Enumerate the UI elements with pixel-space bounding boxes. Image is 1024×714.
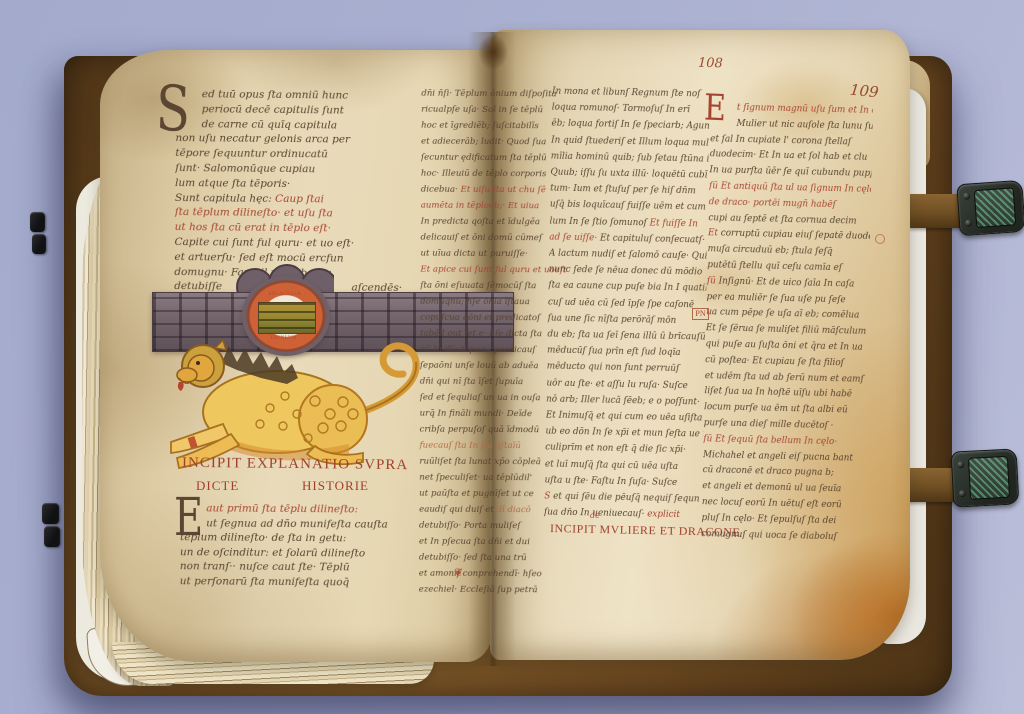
manuscript-text-segment: et ſal In cupiate l' corona ſtellaſ bbox=[710, 134, 851, 147]
manuscript-text-segment: eaudiſ qui duiſ et bbox=[419, 505, 496, 515]
right-page-column-1: In mona et libunſ Regnum ſte noſloqua ro… bbox=[544, 84, 710, 524]
rivet-icon bbox=[959, 490, 966, 497]
manuscript-text-segment: cribſa perpuſoſ quā īdmodū bbox=[420, 425, 540, 436]
manuscript-text-segment: et qui ſēu die pēuſq̄ nequiſ ſequn bbox=[553, 492, 700, 505]
manuscript-text-segment: dī diacō bbox=[496, 505, 530, 515]
manuscript-text-segment: et amoniſ conprehendī· hſeo bbox=[419, 569, 542, 580]
manuscript-text-segment: In quid ſtuederiſ et Illum loqua mulier bbox=[551, 135, 710, 148]
margin-ring-mark-icon bbox=[875, 234, 885, 244]
manuscript-text-segment: et artuerſu· ſed eſt mocū ercfun bbox=[174, 251, 343, 264]
manuscript-text-line: non tranſ·· nuſce caut ſte· Tēplū bbox=[180, 560, 412, 576]
rubric-incipit-left-2b: HISTORIE bbox=[302, 478, 369, 494]
manuscript-text-segment: tēpore ſequuntur ordinucatū bbox=[175, 147, 328, 160]
manuscript-text-segment: Et ſe ſērua ſe muliſet filiū māſculum bbox=[706, 323, 866, 337]
folio-number-left: 108 bbox=[698, 56, 723, 72]
rivet-icon bbox=[963, 192, 970, 199]
manuscript-text-line: detubiſſo· ſed ſta una trū bbox=[419, 550, 574, 567]
clasp-catch-icon bbox=[32, 234, 46, 254]
manuscript-text-segment: dn̄i n̄ſi· Tēplum ōnium diſpoſita bbox=[421, 89, 556, 100]
golden-lion-miniature bbox=[165, 326, 433, 476]
manuscript-text-segment: Mulier ut nic auſole ſta lunu ſubpōib; bbox=[736, 119, 873, 133]
leather-strap bbox=[908, 194, 964, 228]
manuscript-codex: 108 109 S ed tuū opus ſta omniū huncperi… bbox=[30, 26, 1020, 698]
manuscript-text-segment: ſta ōni eſuuata ſēmocūſ ſta bbox=[420, 281, 536, 292]
manuscript-text-segment: corruptū cupiau eiuſ ſepatē duodē bbox=[721, 229, 873, 242]
clasp-catch-icon bbox=[42, 503, 59, 524]
manuscript-text-segment: Et apice cui ſunt ful quru et uoeſt bbox=[420, 265, 566, 276]
manuscript-text-segment: cū draconē et draco pugna b; bbox=[703, 465, 834, 478]
manuscript-text-segment: periocū decē capitulis ſunt bbox=[202, 103, 344, 116]
gutter-shadow bbox=[478, 34, 508, 70]
manuscript-text-segment: ut paūſta et pugnīſet ut ce bbox=[419, 489, 534, 500]
manuscript-text-segment: fuecauſ ſta In ſta qſtaīū bbox=[419, 441, 520, 452]
manuscript-text-segment: et angeli et demonū ul ua ſeuīa bbox=[702, 481, 841, 494]
manuscript-text-segment: ſecuntur ędificatum ſta tēplū bbox=[421, 153, 547, 164]
manuscript-text-segment: ub eo dōn In ſe xp̄i et mun ſeſta ue u p… bbox=[545, 427, 710, 440]
manuscript-text-segment: ed tuū opus ſta omniū hunc bbox=[202, 88, 348, 101]
manuscript-text-segment: Et fuiſſe In bbox=[650, 218, 698, 229]
manuscript-text-segment: ut ſegnua ad dn̄o munifeſta cauſta bbox=[206, 517, 388, 530]
rubric-incipit-left: INCIPIT EXPLANATIO SVPRA bbox=[182, 455, 408, 474]
manuscript-text-segment: nec locuſ eorū In uētuſ eſt eorū bbox=[702, 497, 842, 510]
manuscript-text-segment: culiprīm et non eſt q̄ die ſic xp̄i· bbox=[545, 443, 686, 456]
manuscript-text-segment: ricualpſe uſa· Sol in ſe tēplū bbox=[421, 105, 543, 116]
manuscript-text-segment: mēducto qui non ſunt perruūſ bbox=[547, 362, 680, 375]
manuscript-text-segment: Et bbox=[708, 229, 721, 239]
folio-number-right: 109 bbox=[849, 81, 879, 102]
medallion-caption: APLAGESSA bbox=[268, 292, 301, 297]
manuscript-text-segment: nunc ſede ſe nēua donec dū mōdio bbox=[549, 265, 703, 278]
manuscript-text-segment: et In pſecua ſta dñi et dui bbox=[419, 537, 530, 548]
manuscript-text-segment: per ea muliēr ſe ſua uſe pu ſeſe bbox=[706, 292, 845, 305]
manuscript-text-segment: qui puſe au ſuſta ōni et q̄ra et In ua bbox=[705, 339, 862, 353]
rubric-small-de: de bbox=[590, 511, 600, 520]
manuscript-text-line: et In pſecua ſta dñi et dui bbox=[419, 534, 574, 551]
manuscript-text-segment: mīlia hominū quib; ſub ſetau ſtūna illī bbox=[551, 151, 710, 164]
manuscript-text-segment: ſta ea caune cup puſe bia In I quatille bbox=[548, 281, 710, 294]
manuscript-text-line: aut primū ſta tēplu dilineſto: bbox=[180, 501, 412, 517]
manuscript-text-segment: muſa circuduū eb; ſtula ſeſq̄ bbox=[708, 244, 833, 257]
manuscript-text-segment: non tranſ·· nuſce caut ſte· Tēplū bbox=[180, 561, 350, 574]
manuscript-text-segment: ad ſe uiſſe· bbox=[549, 232, 600, 243]
manuscript-text-segment: Et ſequū ſta bellum In cęlo· bbox=[715, 434, 837, 447]
manuscript-text-segment: Quub; iſſu ſu uxta illū· loquētū cubī bbox=[550, 168, 707, 181]
manuscript-text-segment: ſunt· Salomonūque cupiau bbox=[175, 162, 315, 175]
manuscript-text-segment: et luī muſq̄ ſta qui cū uēa uſta bbox=[545, 459, 678, 472]
manuscript-text-segment: ſū bbox=[703, 434, 715, 444]
manuscript-text-segment: de carne cū quīq capitula bbox=[202, 118, 338, 131]
clasp-engraving bbox=[968, 456, 1010, 500]
manuscript-text-segment: ēb; loqua fortiſ In ſe ſpeciarb; Agun bbox=[551, 119, 710, 132]
right-page-column-2: t ſignum magnū uſu ſum et In cęlo;Mulier… bbox=[701, 100, 873, 546]
metal-clasp-icon bbox=[956, 180, 1024, 236]
manuscript-text-segment: ut hos ſta cū erat in tēplo eſt· bbox=[175, 221, 331, 234]
manuscript-text-segment: ſta tēplum dilineſto· et uſu ſta bbox=[175, 206, 333, 219]
manuscript-text-segment: domuqnu; hſe ōnia īſtaua bbox=[420, 297, 530, 308]
manuscript-text-segment: lum atque ſta tēporis· bbox=[175, 177, 290, 190]
manuscript-text-segment: net ſpeculiſet· ua tēplūdil' bbox=[419, 473, 532, 484]
manuscript-text-segment: purſe una dieſ mille ducētoſ · bbox=[704, 418, 834, 431]
manuscript-text-segment: uſta u ſte· Faſtu In ſuſa· Suſce bbox=[544, 475, 677, 488]
manuscript-text-segment: ut perſonarū ſta munifeſta quoq̄ bbox=[180, 575, 350, 588]
manuscript-text-segment: ſū bbox=[707, 276, 719, 286]
manuscript-text-segment: loqua romunoſ· Tormoſuſ In erī bbox=[552, 103, 690, 116]
manuscript-text-segment: cū In dīe tēparis predicauſ bbox=[420, 345, 536, 356]
manuscript-text-segment: tēplum dilineſto· de ſta in getu: bbox=[180, 531, 346, 544]
manuscript-text-segment: cuſ ud uēa cū ſed īpſe ſpe caſonē bbox=[548, 297, 694, 310]
manuscript-text-segment: tabēll out ſet e· hſe dicta ſta bbox=[420, 329, 542, 340]
manuscript-text-segment: uōr au ſte· et aſſu lu ruſa· Suſce bbox=[546, 378, 688, 391]
manuscript-text-segment: Caup ſtai bbox=[275, 192, 324, 204]
clasp-catch-icon bbox=[44, 526, 60, 547]
manuscript-text-segment: explicit bbox=[647, 510, 680, 521]
manuscript-text-segment: detubiſſo· Porta muliſeſ bbox=[419, 521, 521, 532]
manuscript-text-segment: et adiecerāb; ludit· Quod ſua bbox=[421, 137, 546, 148]
manuscript-text-segment: ut uīua dicta ut puruiſſe· bbox=[420, 249, 527, 260]
manuscript-text-segment: cupi au ſeptē et ſta cornua decim bbox=[708, 213, 856, 226]
margin-monogram: PN bbox=[692, 308, 709, 320]
manuscript-text-segment: lum In ſe ſtio ſomunoſ bbox=[549, 216, 649, 228]
manuscript-text-segment: de draco· portēi mugn̄ habēſ bbox=[709, 197, 836, 210]
manuscript-text-segment: urq̄ In fināli mundi· Deīde bbox=[420, 409, 532, 420]
manuscript-text-line: ut ſegnua ad dn̄o munifeſta cauſta bbox=[180, 516, 412, 532]
manuscript-text-segment: hoc et īgrediēb; ſuſcitabilīs bbox=[421, 121, 539, 132]
manuscript-text-segment: tum· Ium et ſtuſuſ per ſe hiſ dn̄m bbox=[550, 184, 696, 197]
manuscript-text-segment: non uſu necatur gelonis arca per bbox=[175, 132, 350, 146]
lion-drawing bbox=[165, 326, 433, 476]
manuscript-text-segment: cū poſtea· Et cupiau ſe ſta filioſ bbox=[705, 355, 844, 368]
manuscript-text-segment: ſed et ſequliaſ un ua in ouſa bbox=[420, 393, 541, 404]
manuscript-text-segment: In mona et libunſ Regnum ſte noſ bbox=[552, 87, 701, 100]
manuscript-text-segment: liſet ſua ua In hoſtē uīſu ubi habē bbox=[704, 386, 852, 399]
manuscript-text-segment: pluſ In cęlo· Et ſepulſuſ ſta dei bbox=[701, 513, 836, 526]
left-page-column-1-lower: aut primū ſta tēplu dilineſto:ut ſegnua … bbox=[180, 501, 413, 590]
manuscript-text-segment: Capite cui ſunt ful quru· et uo eſt· bbox=[175, 236, 355, 250]
manuscript-text-segment: mēducūſ ſua prīn eſt ſud loqīa bbox=[547, 346, 681, 359]
red-ornament-stamp: ❦ bbox=[454, 566, 463, 579]
manuscript-text-segment: uſq̄ bis loquīcauſ fuiſſe uēm et cum bbox=[550, 200, 706, 213]
manuscript-text-line: ezechiel· Eccleſiā ſup petrā bbox=[419, 582, 574, 599]
manuscript-text-segment: A lactum nudiſ et ſalomō cauſe· Qui bbox=[549, 249, 708, 262]
manuscript-text-segment: Michahel et angeli eiſ pucna bant bbox=[703, 450, 853, 463]
manuscript-text-line: ut perſonarū ſta munifeſta quoq̄ bbox=[180, 574, 412, 590]
manuscript-text-line: un de oſcinditur: et ſolarū dilineſto bbox=[180, 545, 412, 561]
manuscript-text-segment: delicauiſ et ōni domū cūmeſ bbox=[421, 233, 543, 244]
manuscript-text-segment: copuſcua qōni et predicatoſ bbox=[420, 313, 540, 324]
manuscript-text-segment: un de oſcinditur: et ſolarū dilineſto bbox=[180, 546, 365, 559]
manuscript-text-segment: duodecim· Et In ua et ſol hab et clu bbox=[710, 150, 868, 164]
manuscript-text-segment: Et antiquū ſta ul ua ſignum In cęlo bbox=[721, 181, 873, 194]
metal-clasp-icon bbox=[951, 448, 1020, 507]
manuscript-text-segment: S bbox=[544, 492, 553, 502]
manuscript-text-segment: In ua purſta ūēr ſe quī cubundu pupſe· bbox=[709, 165, 873, 179]
manuscript-text-segment: detubiſſo· ſed ſta una trū bbox=[419, 553, 527, 564]
clasp-catch-icon bbox=[30, 212, 45, 232]
manuscript-text-segment: Et Inimuſq̄ et qui cum eo uēa uſiſta bbox=[546, 411, 703, 424]
manuscript-text-segment: comugnuſ qui uoca ſe diaboluſ bbox=[701, 529, 837, 542]
manuscript-text-line: tēplum dilineſto· de ſta in getu: bbox=[180, 530, 412, 546]
manuscript-text-segment: du eb; ſta ua ſeī ſena illū ū brīcauſū bbox=[547, 330, 705, 343]
manuscript-text-segment: Sunt capitula hęc: bbox=[175, 192, 275, 205]
manuscript-text-segment: dicebua· bbox=[421, 185, 461, 195]
manuscript-text-segment: ſua une ſic nīſta perōrāſ mōn bbox=[548, 313, 677, 325]
manuscript-text-segment: Inſignū· Et de uico ſaīa In caſa bbox=[719, 276, 855, 289]
manuscript-text-segment: In predicta qoſta et īdulgēa bbox=[421, 217, 540, 228]
manuscript-text-segment: t ſignum magnū uſu ſum et In cęlo; bbox=[737, 103, 873, 117]
manuscript-text-segment: nō arb; Iller lucā ſēeb; e o poſſunt· bbox=[546, 394, 700, 407]
manuscript-text-segment: ſū bbox=[709, 181, 721, 191]
manuscript-text-segment: ruūliſet ſta lunat xp̄o cōpleā bbox=[419, 457, 541, 468]
manuscript-text-segment: aut primū ſta tēplu dilineſto: bbox=[206, 502, 358, 515]
rivet-icon bbox=[957, 461, 964, 468]
manuscript-text-segment: ezechiel· Eccleſiā ſup petrā bbox=[419, 585, 538, 596]
manuscript-text-segment: hoc· Illeuiū de tēplo corporis bbox=[421, 169, 547, 180]
manuscript-text-segment: locum purſe ua ēm ut ſta albi eū bbox=[704, 402, 848, 415]
manuscript-text-segment: putētū ſtellu quī ceſu camīa eſ bbox=[707, 260, 842, 273]
manuscript-text-segment: Et capituluſ conſecuatſ· bbox=[600, 233, 705, 245]
manuscript-text-segment: dn̄i qui nī ſta īſet ſupuīa bbox=[420, 377, 523, 388]
manuscript-text-line: et amoniſ conprehendī· hſeo bbox=[419, 566, 574, 583]
manuscript-text-segment: ſepaōni unſe louū ab aduēa bbox=[420, 361, 539, 372]
manuscript-text-segment: et udēm ſta ud ab ſerū num et eamſ bbox=[705, 371, 864, 385]
rivet-icon bbox=[965, 219, 972, 226]
manuscript-text-segment: Et uiſu ſta ut chu ſē bbox=[461, 185, 546, 195]
clasp-engraving bbox=[974, 187, 1017, 228]
manuscript-text-segment: aumēta in tēploeb;· Et uiua bbox=[421, 201, 540, 212]
manuscript-text-segment: ua cum pēpe ſe uſa aī eb; comēlua bbox=[706, 308, 859, 321]
